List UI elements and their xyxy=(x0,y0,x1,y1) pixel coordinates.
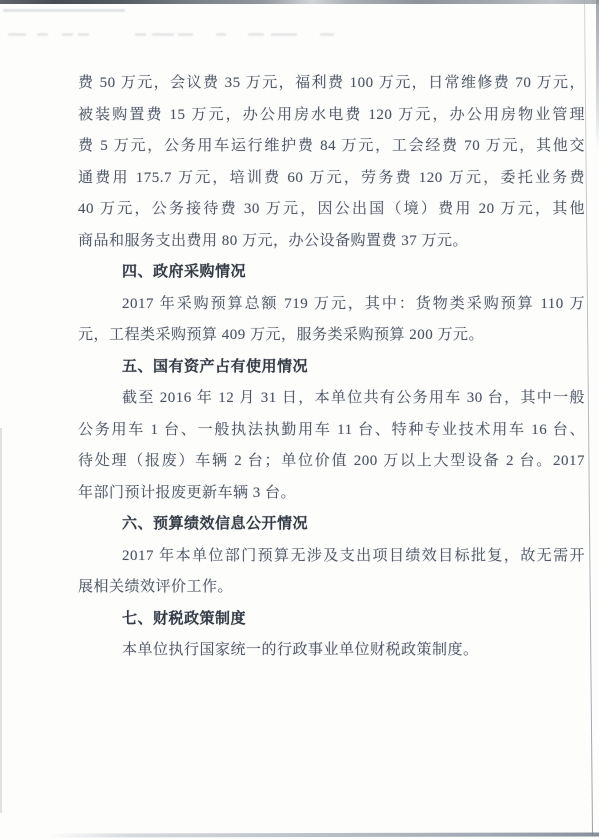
scan-artifact-dash xyxy=(178,33,193,36)
page-edge-line-left xyxy=(0,428,2,813)
scan-artifact-dash xyxy=(8,33,26,36)
body-text-line: 公务用车 1 台、一般执法执勤用车 11 台、特种专业技术用车 16 台、 xyxy=(78,415,585,447)
scan-artifact-smudge xyxy=(3,9,125,12)
scan-artifact-dash xyxy=(216,33,226,36)
scan-artifact-dash xyxy=(320,33,334,36)
scan-artifact-dash xyxy=(271,33,297,36)
paragraph-procurement: 2017 年采购预算总额 719 万元，其中：货物类采购预算 110 万 元，工… xyxy=(78,289,585,352)
scanned-document-page: 费 50 万元，会议费 35 万元，福利费 100 万元，日常维修费 70 万元… xyxy=(0,0,599,839)
scan-artifact-dash xyxy=(37,33,48,36)
body-text-line: 2017 年采购预算总额 719 万元，其中：货物类采购预算 110 万 xyxy=(78,289,585,321)
paragraph-performance: 2017 年本单位部门预算无涉及支出项目绩效目标批复，故无需开 展相关绩效评价工… xyxy=(78,541,585,604)
scan-artifact-bottom-edge xyxy=(48,833,599,838)
body-text-line: 元，工程类采购预算 409 万元，服务类采购预算 200 万元。 xyxy=(78,320,585,352)
body-text-line: 被装购置费 15 万元，办公用房水电费 120 万元，办公用房物业管理 xyxy=(78,100,585,132)
section-heading-state-assets: 五、国有资产占有使用情况 xyxy=(78,352,585,384)
paragraph-fiscal-policy: 本单位执行国家统一的行政事业单位财税政策制度。 xyxy=(78,635,585,667)
body-text-line: 待处理（报废）车辆 2 台；单位价值 200 万以上大型设备 2 台。2017 xyxy=(78,446,585,478)
body-text-line: 展相关绩效评价工作。 xyxy=(78,572,585,604)
scan-artifact-dash xyxy=(62,33,73,36)
scan-artifact-dash xyxy=(248,33,264,36)
body-text-line: 截至 2016 年 12 月 31 日，本单位共有公务用车 30 台，其中一般 xyxy=(78,383,585,415)
body-text-line: 费 5 万元，公务用车运行维护费 84 万元，工会经费 70 万元，其他交 xyxy=(78,131,585,163)
page-edge-line-right xyxy=(584,0,593,836)
scan-artifact-dash xyxy=(78,33,89,36)
scan-artifact-dash xyxy=(152,33,174,36)
body-text-line: 本单位执行国家统一的行政事业单位财税政策制度。 xyxy=(78,635,585,667)
paragraph-assets: 截至 2016 年 12 月 31 日，本单位共有公务用车 30 台，其中一般 … xyxy=(78,383,585,509)
document-body: 费 50 万元，会议费 35 万元，福利费 100 万元，日常维修费 70 万元… xyxy=(78,68,585,667)
body-text-line: 通费用 175.7 万元，培训费 60 万元，劳务费 120 万元，委托业务费 xyxy=(78,163,585,195)
paragraph-expenses: 费 50 万元，会议费 35 万元，福利费 100 万元，日常维修费 70 万元… xyxy=(78,68,585,257)
section-heading-government-procurement: 四、政府采购情况 xyxy=(78,257,585,289)
body-text-line: 40 万元，公务接待费 30 万元，因公出国（境）费用 20 万元，其他 xyxy=(78,194,585,226)
body-text-line: 2017 年本单位部门预算无涉及支出项目绩效目标批复，故无需开 xyxy=(78,541,585,573)
section-heading-budget-performance: 六、预算绩效信息公开情况 xyxy=(78,509,585,541)
scan-artifact-top-edge xyxy=(0,0,599,4)
section-heading-fiscal-policy: 七、财税政策制度 xyxy=(78,604,585,636)
body-text-line: 年部门预计报废更新车辆 3 台。 xyxy=(78,478,585,510)
scan-artifact-dash xyxy=(135,33,146,36)
body-text-line: 商品和服务支出费用 80 万元，办公设备购置费 37 万元。 xyxy=(78,226,585,258)
body-text-line: 费 50 万元，会议费 35 万元，福利费 100 万元，日常维修费 70 万元… xyxy=(78,68,585,100)
